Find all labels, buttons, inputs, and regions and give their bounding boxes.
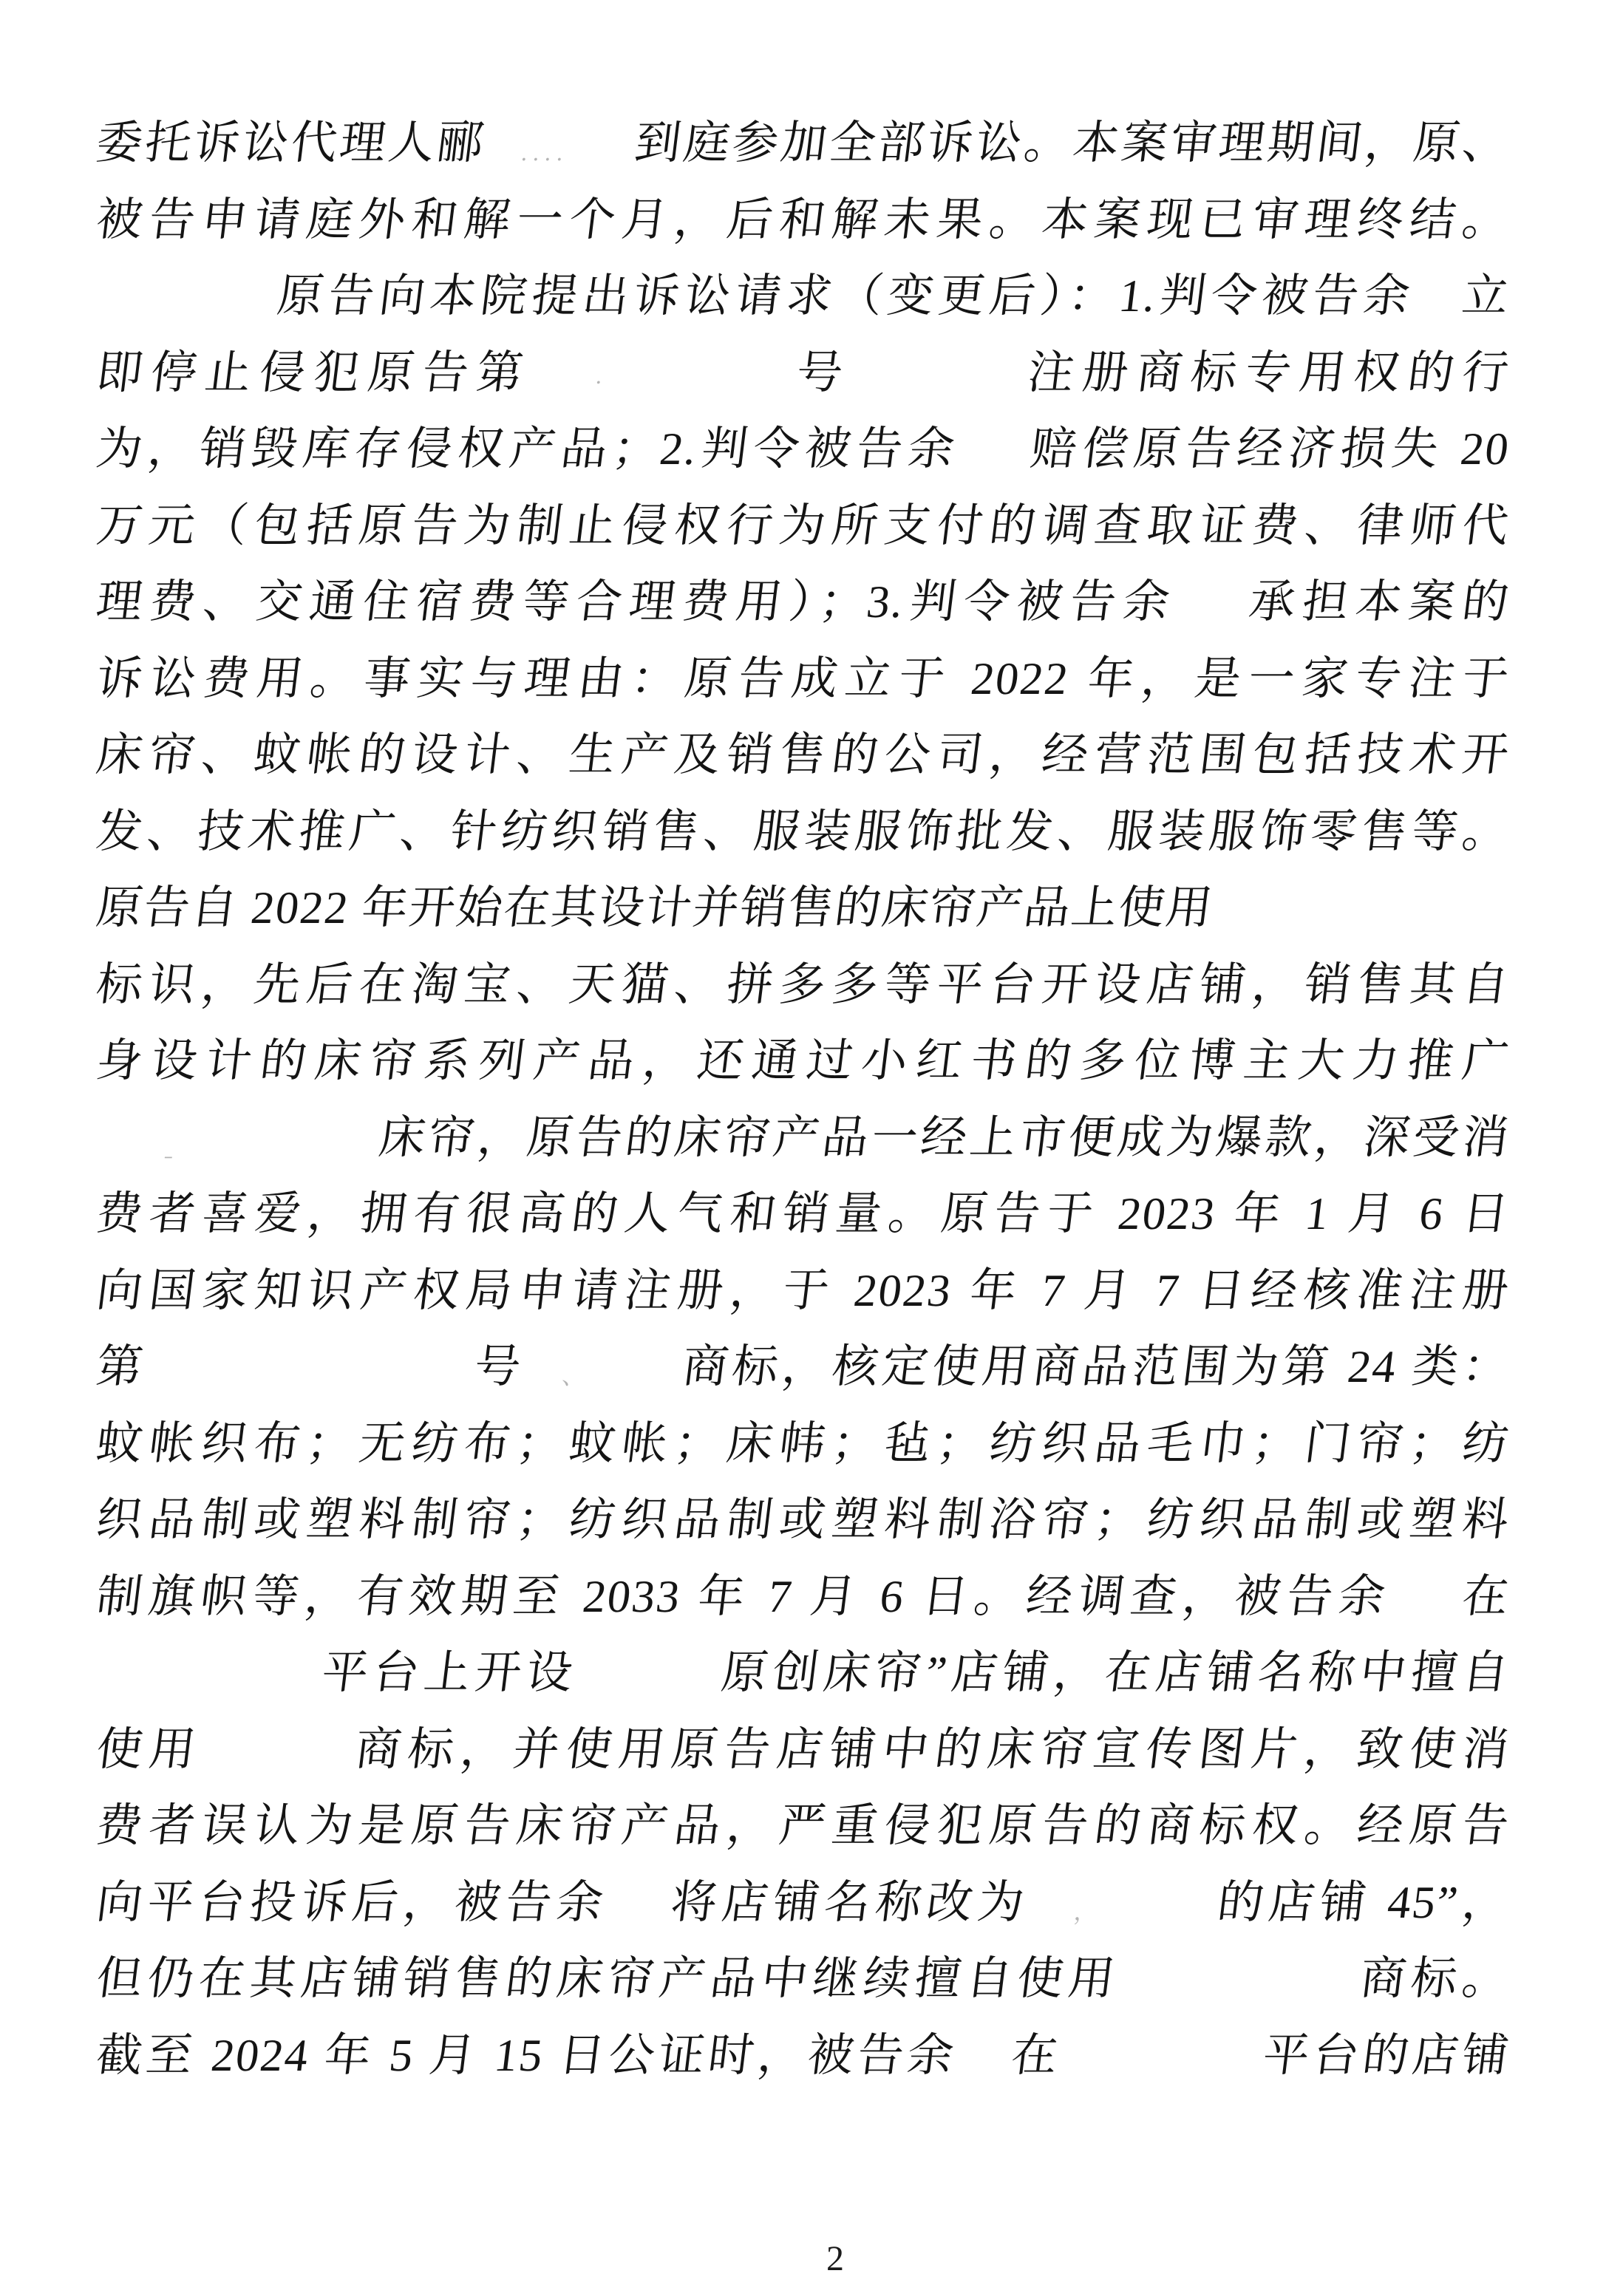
redaction-artifact: 、	[561, 1364, 593, 1388]
text-run: 诉讼费用。事实与理由：原告成立于 2022 年，是一家专注于	[94, 654, 1513, 704]
text-run: 床帘、蚊帐的设计、生产及销售的公司，经营范围包括技术开	[94, 730, 1513, 780]
scanned-judgment-page: 委托诉讼代理人郦....到庭参加全部诉讼。本案审理期间，原、被告申请庭外和解一个…	[0, 0, 1623, 2296]
redacted-gap	[606, 1876, 670, 1918]
text-line: ˍ床帘，原告的床帘产品一经上市便成为爆款，深受消	[92, 1100, 1514, 1177]
text-line: 标识，先后在淘宝、天猫、拼多多等平台开设店铺，销售其自	[92, 947, 1514, 1024]
text-run: 万元（包括原告为制止侵权行为所支付的调查取证费、律师代	[94, 501, 1513, 551]
redaction-artifact: ˍ	[164, 1135, 181, 1159]
text-run: 被告申请庭外和解一个月，后和解未果。本案现已审理终结。	[94, 195, 1513, 245]
redaction-artifact: ....	[520, 140, 571, 164]
text-run: 原告自 2022 年开始在其设计并销售的床帘产品上使用	[94, 883, 1217, 933]
text-run: 第	[94, 1342, 150, 1392]
text-run: 平台上开设	[316, 1648, 581, 1698]
text-run: 原告向本院提出诉讼请求（变更后）：1.判令被告余	[271, 271, 1418, 321]
text-line: 理费、交通住宿费等合理费用）；3.判令被告余承担本案的	[92, 565, 1514, 641]
text-line: 原告向本院提出诉讼请求（变更后）：1.判令被告余立	[92, 259, 1514, 335]
text-run: 将店铺名称改为	[664, 1878, 1032, 1928]
text-run: 商标，核定使用商品范围为第 24 类：	[677, 1342, 1513, 1392]
redacted-gap	[576, 1646, 721, 1688]
redacted-gap: 、	[523, 1341, 683, 1382]
text-run: 为，销毁库存侵权产品；2.判令被告余	[94, 424, 963, 474]
text-line: 截至 2024 年 5 月 15 日公证时，被告余在平台的店铺	[92, 2018, 1514, 2095]
redacted-gap	[958, 423, 1030, 464]
text-run: 到庭参加全部诉讼。本案审理期间，原、	[630, 118, 1513, 168]
text-run: 即停止侵犯原告第	[94, 348, 534, 398]
text-run: 赔偿原告经济损失 20	[1024, 424, 1513, 474]
text-run: 制旗帜等，有效期至 2033 年 7 月 6 日。经调查，被告余	[94, 1572, 1395, 1622]
text-run: 向平台投诉后，被告余	[94, 1878, 611, 1928]
text-line: 发、技术推广、针纺织销售、服装服饰批发、服装服饰零售等。	[92, 794, 1514, 871]
redaction-artifact: ·	[593, 370, 610, 394]
page-number: 2	[783, 2233, 887, 2285]
text-run: 在	[1006, 2031, 1064, 2081]
text-line: 向平台投诉后，被告余将店铺名称改为，的店铺 45”，	[92, 1865, 1514, 1942]
text-line: 向国家知识产权局申请注册，于 2023 年 7 月 7 日经核准注册	[92, 1253, 1514, 1330]
text-line: 床帘、蚊帐的设计、生产及销售的公司，经营范围包括技术开	[92, 718, 1514, 794]
text-run: 的店铺 45”，	[1211, 1878, 1513, 1928]
redacted-gap	[1118, 1952, 1360, 1994]
text-run: 商标。	[1353, 1954, 1513, 2004]
text-line: 费者喜爱，拥有很高的人气和销量。原告于 2023 年 1 月 6 日	[92, 1176, 1514, 1253]
text-run: 标识，先后在淘宝、天猫、拼多多等平台开设店铺，销售其自	[94, 960, 1513, 1010]
text-run: 注册商标专用权的行	[1018, 348, 1513, 398]
redacted-gap: ，	[1027, 1876, 1217, 1918]
text-run: 平台的店铺	[1258, 2031, 1513, 2081]
redacted-gap	[1389, 1570, 1461, 1612]
redacted-gap	[956, 2029, 1013, 2071]
text-run: 使用	[94, 1725, 205, 1775]
redacted-gap	[95, 270, 277, 311]
text-run: 原创床帘”店铺，在店铺名称中擅自	[715, 1648, 1513, 1698]
text-line: 万元（包括原告为制止侵权行为所支付的调查取证费、律师代	[92, 488, 1514, 565]
text-line: 被告申请庭外和解一个月，后和解未果。本案现已审理终结。	[92, 183, 1514, 259]
text-line: 费者误认为是原告床帘产品，严重侵犯原告的商标权。经原告	[92, 1788, 1514, 1865]
text-run: 号	[469, 1342, 528, 1392]
text-line: 身设计的床帘系列产品，还通过小红书的多位博主大力推广	[92, 1023, 1514, 1100]
text-run: 费者喜爱，拥有很高的人气和销量。原告于 2023 年 1 月 6 日	[94, 1189, 1513, 1239]
redacted-gap	[849, 347, 1024, 388]
text-line: 为，销毁库存侵权产品；2.判令被告余赔偿原告经济损失 20	[92, 412, 1514, 488]
text-run: 截至 2024 年 5 月 15 日公证时，被告余	[94, 2031, 961, 2081]
text-run: 理费、交通住宿费等合理费用）；3.判令被告余	[94, 577, 1180, 627]
document-lines: 委托诉讼代理人郦....到庭参加全部诉讼。本案审理期间，原、被告申请庭外和解一个…	[96, 106, 1509, 2094]
text-line: 使用商标，并使用原告店铺中的床帘宣传图片，致使消	[92, 1712, 1514, 1789]
text-run: 商标，并使用原告店铺中的床帘宣传图片，致使消	[347, 1725, 1513, 1775]
redacted-gap	[1175, 576, 1247, 617]
text-line: 即停止侵犯原告第·号注册商标专用权的行	[92, 335, 1514, 412]
redacted-gap	[1412, 270, 1462, 311]
redaction-artifact: ，	[1073, 1900, 1106, 1924]
redacted-gap	[1059, 2029, 1264, 2071]
redacted-gap: ·	[529, 347, 793, 388]
text-run: 费者误认为是原告床帘产品，严重侵犯原告的商标权。经原告	[94, 1801, 1513, 1851]
text-line: 蚊帐织布；无纺布；蚊帐；床帏；毡；纺织品毛巾；门帘；纺	[92, 1406, 1514, 1483]
text-run: 织品制或塑料制帘；纺织品制或塑料制浴帘；纺织品制或塑料	[94, 1495, 1513, 1545]
redacted-gap: ....	[484, 117, 637, 158]
redacted-gap	[200, 1723, 353, 1765]
text-line: 第号、商标，核定使用商品范围为第 24 类：	[92, 1329, 1514, 1406]
text-run: 蚊帐织布；无纺布；蚊帐；床帏；毡；纺织品毛巾；门帘；纺	[94, 1419, 1513, 1469]
text-run: 但仍在其店铺销售的床帘产品中继续擅自使用	[94, 1954, 1123, 2004]
text-run: 发、技术推广、针纺织销售、服装服饰批发、服装服饰零售等。	[94, 807, 1513, 857]
text-run: 承担本案的	[1240, 577, 1513, 627]
text-line: 诉讼费用。事实与理由：原告成立于 2022 年，是一家专注于	[92, 641, 1514, 718]
text-run: 身设计的床帘系列产品，还通过小红书的多位博主大力推广	[94, 1036, 1513, 1086]
redacted-gap	[145, 1341, 475, 1382]
text-run: 委托诉讼代理人郦	[94, 118, 489, 168]
text-line: 制旗帜等，有效期至 2033 年 7 月 6 日。经调查，被告余在	[92, 1559, 1514, 1636]
text-run: 向国家知识产权局申请注册，于 2023 年 7 月 7 日经核准注册	[94, 1266, 1513, 1316]
text-run: 号	[786, 348, 854, 398]
text-run: 床帘，原告的床帘产品一经上市便成为爆款，深受消	[375, 1113, 1513, 1163]
text-run: 在	[1454, 1572, 1513, 1622]
redacted-gap	[95, 1646, 321, 1688]
redacted-gap: ˍ	[95, 1111, 381, 1153]
text-line: 委托诉讼代理人郦....到庭参加全部诉讼。本案审理期间，原、	[92, 106, 1514, 183]
text-line: 原告自 2022 年开始在其设计并销售的床帘产品上使用	[92, 871, 1514, 947]
text-run: 立	[1456, 271, 1513, 321]
text-line: 织品制或塑料制帘；纺织品制或塑料制浴帘；纺织品制或塑料	[92, 1482, 1514, 1559]
text-line: 平台上开设原创床帘”店铺，在店铺名称中擅自	[92, 1635, 1514, 1712]
text-line: 但仍在其店铺销售的床帘产品中继续擅自使用商标。	[92, 1941, 1514, 2018]
